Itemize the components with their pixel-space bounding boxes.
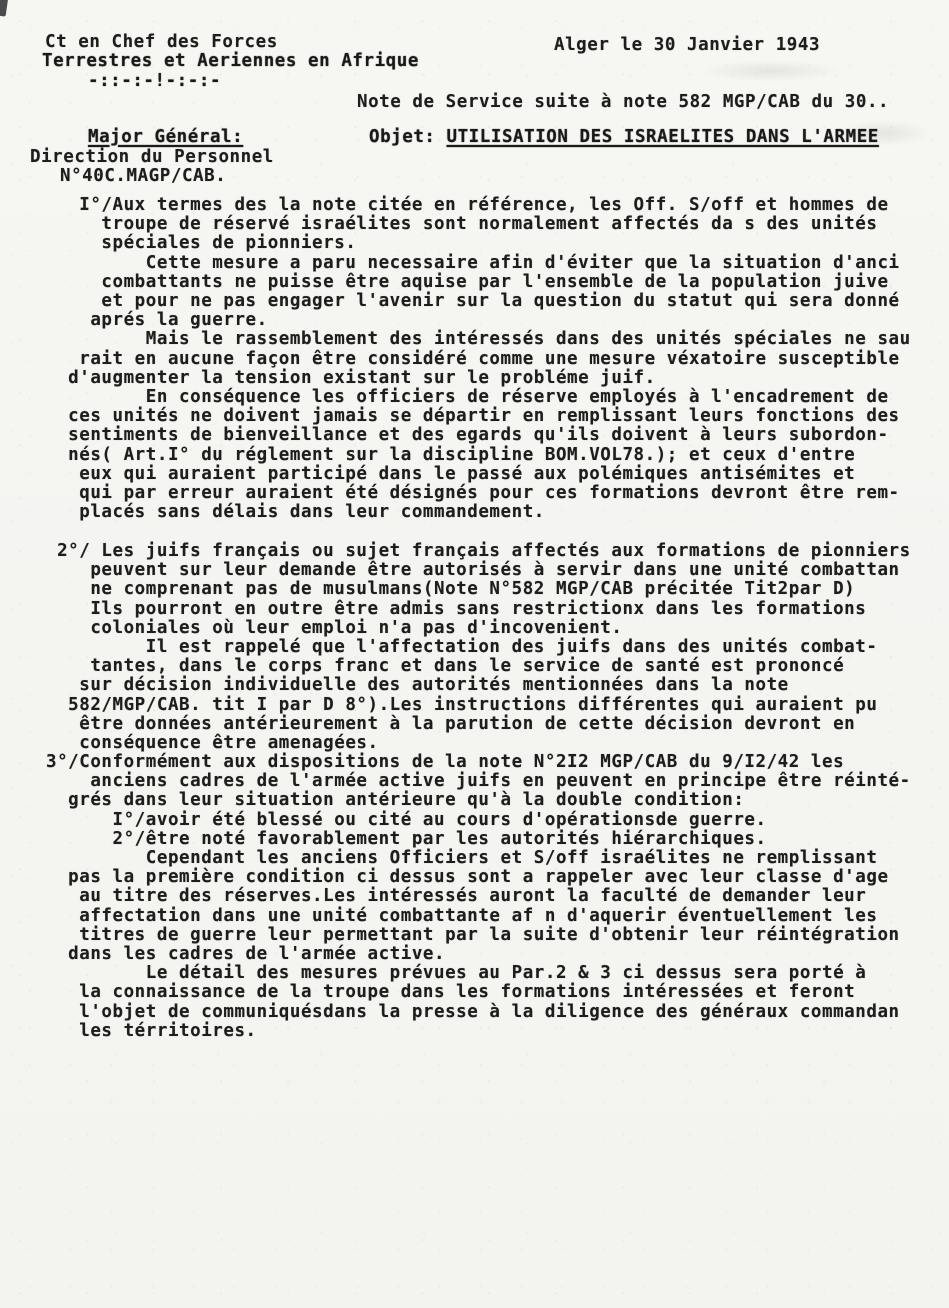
dateline: Alger le 30 Janvier 1943: [554, 36, 820, 55]
subject-line: Objet:UTILISATION DES ISRAELITES DANS L'…: [369, 128, 879, 147]
office-reference-number: N°40C.MAGP/CAB.: [60, 167, 226, 186]
paragraph-2: 2°/ Les juifs français ou sujet français…: [46, 542, 911, 753]
paragraph-3: 3°/Conformément aux dispositions de la n…: [46, 753, 911, 1041]
header-divider-ornament: -::-:-!-:-:-: [88, 72, 221, 91]
office-title: Major Général:: [88, 128, 243, 147]
scan-smudge: [700, 60, 840, 82]
office-department: Direction du Personnel: [30, 148, 274, 167]
paragraph-1: I°/Aux termes des la note citée en référ…: [46, 196, 911, 522]
sender-org-line-1: Ct en Chef des Forces: [45, 33, 278, 52]
scan-artifact-corner: [0, 0, 8, 17]
subject-label: Objet:: [369, 127, 436, 147]
document-page: Ct en Chef des Forces Terrestres et Aeri…: [0, 0, 949, 1308]
subject-value: UTILISATION DES ISRAELITES DANS L'ARMEE: [447, 127, 879, 147]
sender-org-line-2: Terrestres et Aeriennes en Afrique: [42, 52, 419, 71]
reference-line: Note de Service suite à note 582 MGP/CAB…: [357, 93, 889, 112]
